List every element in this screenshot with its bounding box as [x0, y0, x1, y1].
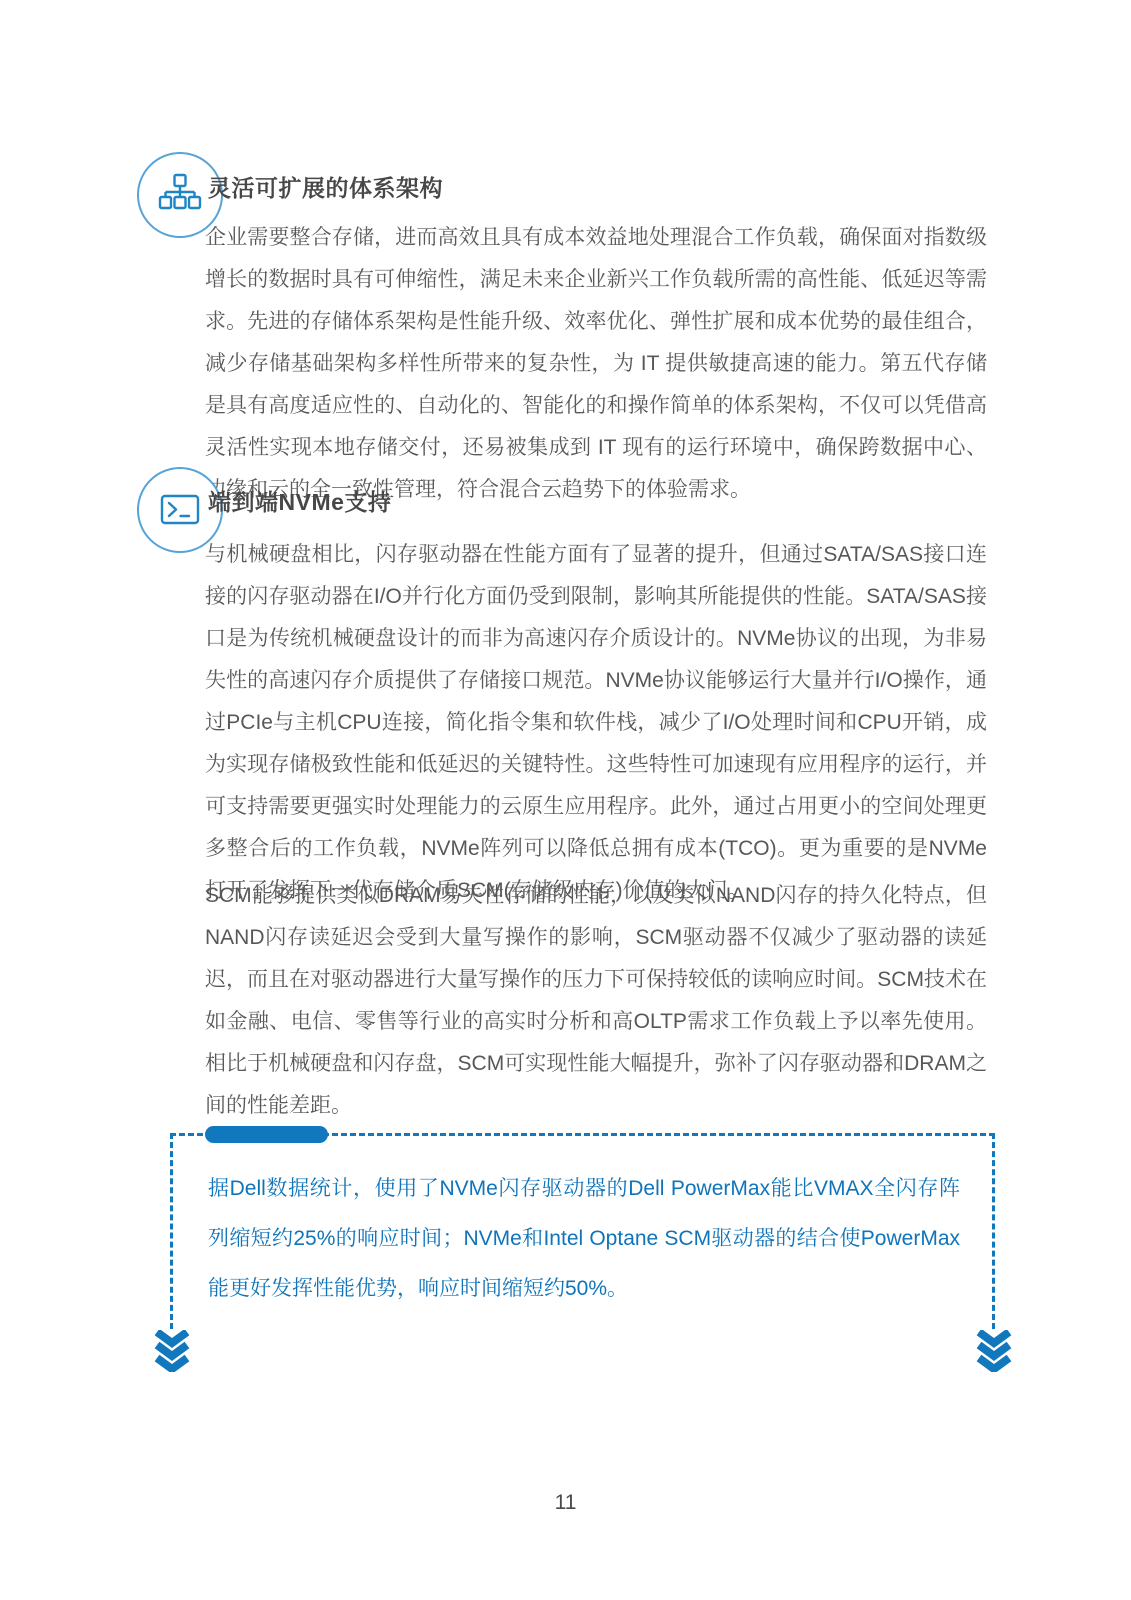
section-heading-architecture: 灵活可扩展的体系架构 — [208, 170, 443, 203]
callout-accent-pill — [205, 1126, 328, 1143]
paragraph-scm: SCM能够提供类似DRAM易失性存储的性能，以及类似NAND闪存的持久化特点，但… — [205, 875, 987, 1127]
callout-box: 据Dell数据统计，使用了NVMe闪存驱动器的Dell PowerMax能比VM… — [170, 1133, 995, 1329]
document-page: 灵活可扩展的体系架构 企业需要整合存储，进而高效且具有成本效益地处理混合工作负载… — [0, 0, 1131, 1600]
paragraph-nvme: 与机械硬盘相比，闪存驱动器在性能方面有了显著的提升，但通过SATA/SAS接口连… — [205, 534, 987, 912]
section-heading-nvme: 端到端NVMe支持 — [208, 484, 391, 517]
paragraph-architecture: 企业需要整合存储，进而高效且具有成本效益地处理混合工作负载，确保面对指数级增长的… — [205, 217, 987, 511]
callout-text: 据Dell数据统计，使用了NVMe闪存驱动器的Dell PowerMax能比VM… — [173, 1136, 992, 1314]
chevron-down-right-icon — [976, 1330, 1012, 1372]
chevron-down-left-icon — [154, 1330, 190, 1372]
page-number: 11 — [0, 1491, 1131, 1515]
